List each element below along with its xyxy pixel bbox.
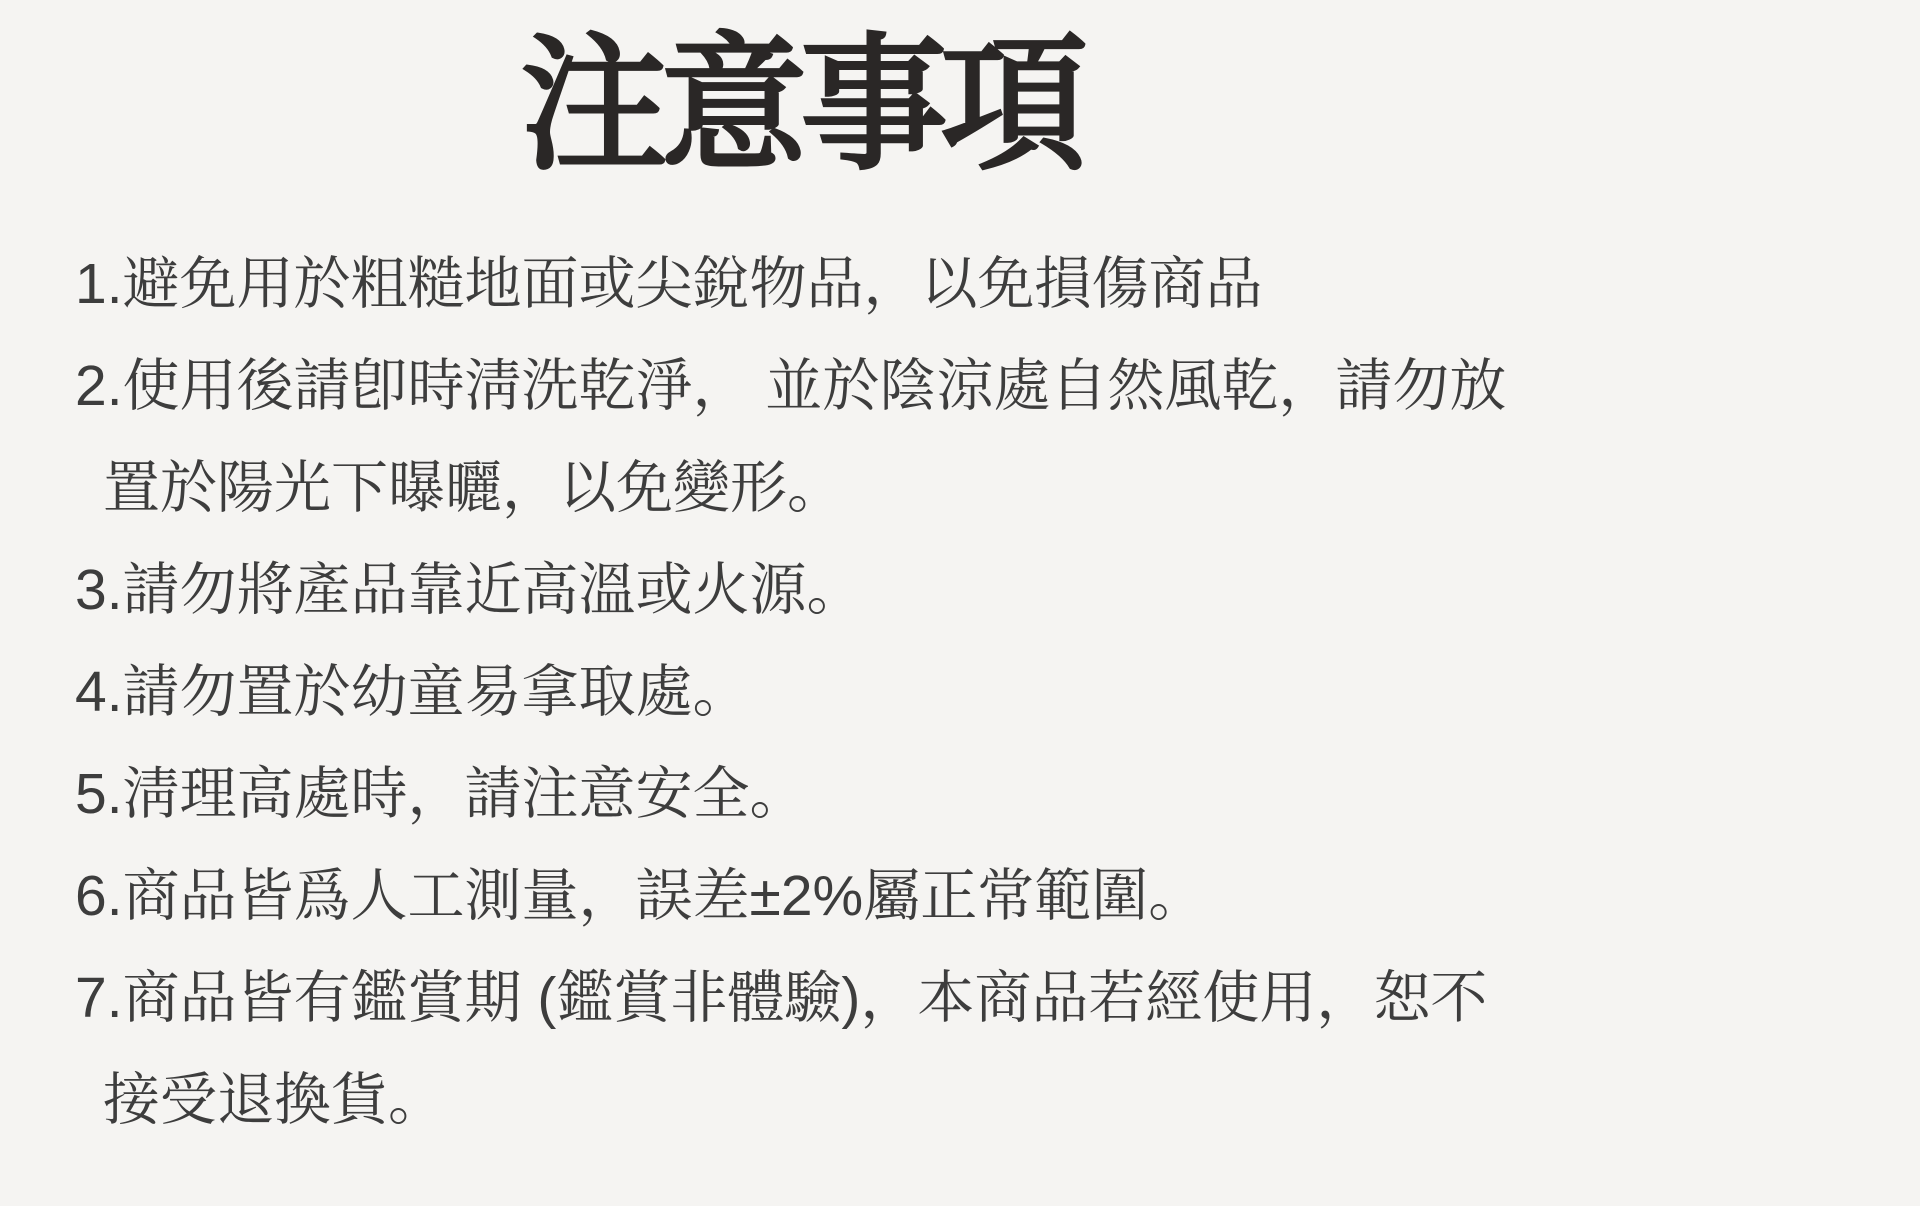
notice-title: 注意事項 [75, 28, 1525, 183]
notice-item-7-line-1: 7.商品皆有鑑賞期 (鑑賞非體驗)，本商品若經使用，恕不 [75, 947, 1525, 1049]
notice-item-7-line-2: 接受退換貨。 [75, 1049, 1525, 1151]
notice-item-6: 6.商品皆爲人工測量，誤差±2%屬正常範圍。 [75, 845, 1525, 947]
notice-item-2-line-1: 2.使用後請卽時淸洗乾淨， 並於陰涼處自然風乾，請勿放 [75, 335, 1525, 437]
notice-sheet: 注意事項 1.避免用於粗糙地面或尖銳物品，以免損傷商品 2.使用後請卽時淸洗乾淨… [0, 0, 1525, 1151]
notice-item-1: 1.避免用於粗糙地面或尖銳物品，以免損傷商品 [75, 233, 1525, 335]
notice-item-3: 3.請勿將產品靠近高溫或火源。 [75, 539, 1525, 641]
notice-list: 1.避免用於粗糙地面或尖銳物品，以免損傷商品 2.使用後請卽時淸洗乾淨， 並於陰… [75, 233, 1525, 1151]
notice-item-4: 4.請勿置於幼童易拿取處。 [75, 641, 1525, 743]
notice-item-2-line-2: 置於陽光下曝曬，以免變形。 [75, 437, 1525, 539]
notice-item-5: 5.淸理高處時，請注意安全。 [75, 743, 1525, 845]
